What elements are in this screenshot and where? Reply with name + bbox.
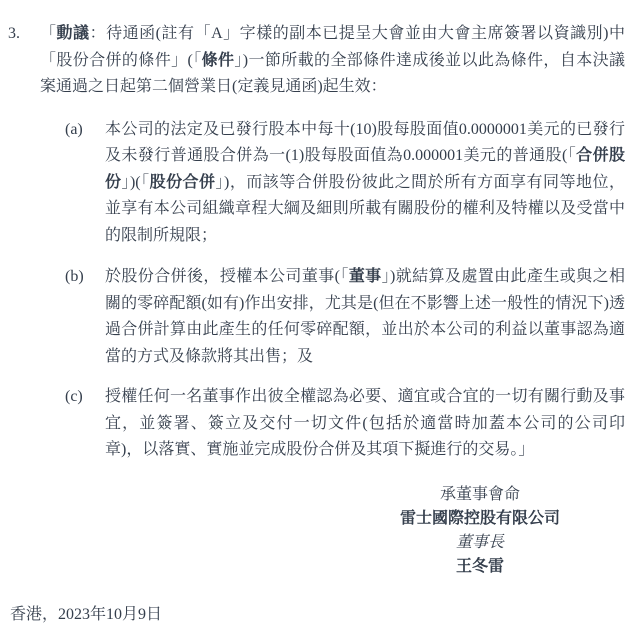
signature-title: 董事長	[330, 531, 630, 555]
signature-by-order: 承董事會命	[330, 483, 630, 507]
defined-term-share-consolidation: 股份合併	[150, 174, 216, 191]
resolution-subitem-c: (c) 授權任何一名董事作出彼全權認為必要、適宜或合宜的一切有關行動及事宜，並簽…	[0, 384, 640, 464]
subitem-a-text: 本公司的法定及已發行股本中每十(10)股每股面值0.0000001美元的已發行及…	[105, 121, 625, 244]
subitem-b-text: 於股份合併後，授權本公司董事(「董事」)就結算及處置由此產生或與之相關的零碎配額…	[105, 268, 625, 365]
defined-term-motion: 動議	[57, 25, 90, 42]
subitem-c-label: (c)	[65, 384, 83, 411]
document-page: 3. 「動議：待通函(註有「A」字樣的副本已提呈大會並由大會主席簽署以資識別)中…	[0, 0, 640, 638]
resolution-subitem-b: (b) 於股份合併後，授權本公司董事(「董事」)就結算及處置由此產生或與之相關的…	[0, 264, 640, 370]
signature-company-name: 雷士國際控股有限公司	[330, 507, 630, 531]
resolution-number: 3.	[8, 21, 20, 48]
defined-term-directors: 董事	[349, 268, 382, 285]
subitem-b-label: (b)	[65, 264, 84, 291]
resolution-subitem-a: (a) 本公司的法定及已發行股本中每十(10)股每股面值0.0000001美元的…	[0, 117, 640, 250]
defined-term-conditions: 條件	[202, 52, 235, 69]
subitem-a-label: (a)	[65, 117, 83, 144]
resolution-paragraph: 3. 「動議：待通函(註有「A」字樣的副本已提呈大會並由大會主席簽署以資識別)中…	[0, 21, 640, 101]
resolution-intro-text: 「動議：待通函(註有「A」字樣的副本已提呈大會並由大會主席簽署以資識別)中「股份…	[40, 25, 625, 95]
signature-signer-name: 王冬雷	[330, 555, 630, 579]
subitem-c-text: 授權任何一名董事作出彼全權認為必要、適宜或合宜的一切有關行動及事宜，並簽署、簽立…	[105, 388, 625, 458]
signature-block: 承董事會命 雷士國際控股有限公司 董事長 王冬雷	[330, 483, 630, 579]
dateline: 香港，2023年10月9日	[0, 602, 640, 629]
